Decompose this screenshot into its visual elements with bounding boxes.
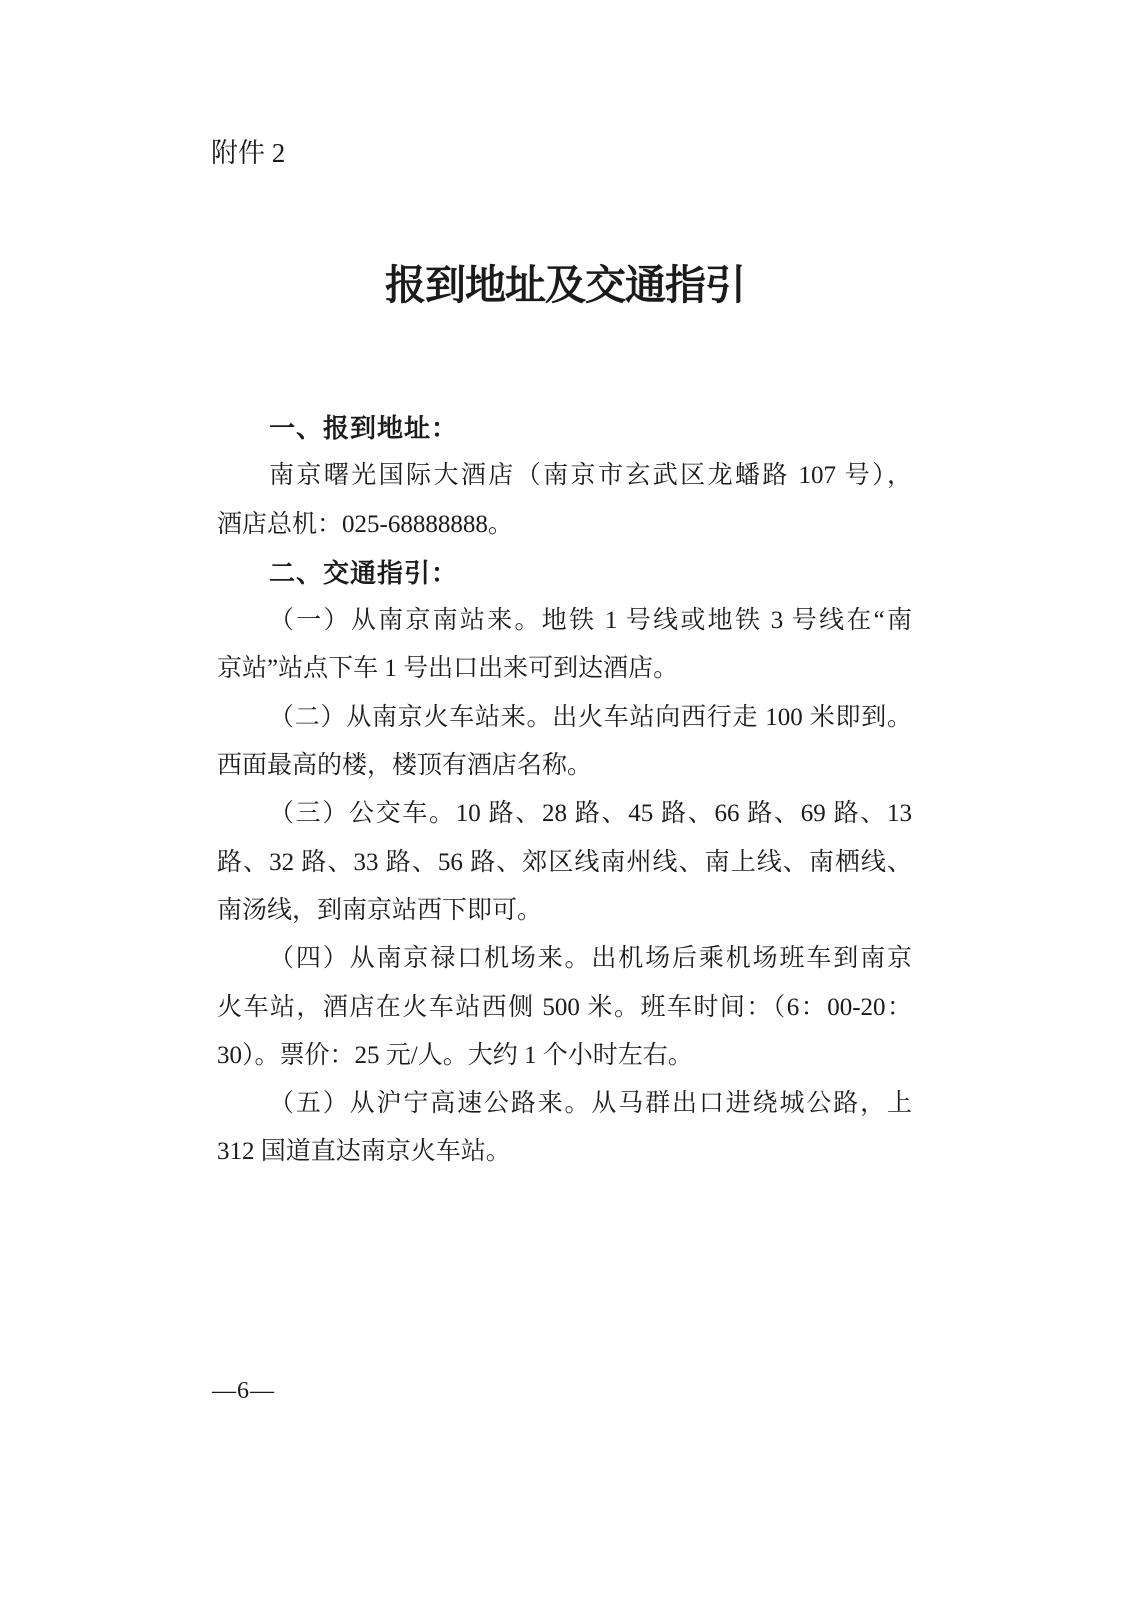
phone-line: 酒店总机：025-68888888。 xyxy=(217,501,912,549)
highway-direction-line-1: （五）从沪宁高速公路来。从马群出口进绕城公路，上 xyxy=(217,1080,912,1128)
document-page: 附件 2 报到地址及交通指引 一、报到地址： 南京曙光国际大酒店（南京市玄武区龙… xyxy=(0,0,1130,1600)
heading-registration-address: 一、报到地址： xyxy=(217,404,912,452)
highway-direction-line-2: 312 国道直达南京火车站。 xyxy=(217,1128,912,1176)
document-body: 一、报到地址： 南京曙光国际大酒店（南京市玄武区龙蟠路 107 号）， 酒店总机… xyxy=(217,404,912,1177)
metro-direction-line-2: 京站”站点下车 1 号出口出来可到达酒店。 xyxy=(217,645,912,693)
attachment-label-text: 附件 2 xyxy=(211,138,285,168)
railway-direction-line-2: 西面最高的楼，楼顶有酒店名称。 xyxy=(217,742,912,790)
bus-direction-line-3: 南汤线，到南京站西下即可。 xyxy=(217,887,912,935)
document-title: 报到地址及交通指引 xyxy=(0,259,1130,311)
page-number: —6— xyxy=(212,1378,275,1405)
bus-direction-line-2: 路、32 路、33 路、56 路、郊区线南州线、南上线、南栖线、 xyxy=(217,839,912,887)
railway-direction-line-1: （二）从南京火车站来。出火车站向西行走 100 米即到。 xyxy=(217,694,912,742)
attachment-label: 附件 2 xyxy=(211,136,285,170)
airport-direction-line-2: 火车站，酒店在火车站西侧 500 米。班车时间：（6：00-20： xyxy=(217,984,912,1032)
metro-direction-line-1: （一）从南京南站来。地铁 1 号线或地铁 3 号线在“南 xyxy=(217,597,912,645)
airport-direction-line-1: （四）从南京禄口机场来。出机场后乘机场班车到南京 xyxy=(217,935,912,983)
address-line: 南京曙光国际大酒店（南京市玄武区龙蟠路 107 号）， xyxy=(217,452,912,500)
heading-traffic-directions: 二、交通指引： xyxy=(217,549,912,597)
airport-direction-line-3: 30）。票价：25 元/人。大约 1 个小时左右。 xyxy=(217,1032,912,1080)
bus-direction-line-1: （三）公交车。10 路、28 路、45 路、66 路、69 路、13 xyxy=(217,790,912,838)
